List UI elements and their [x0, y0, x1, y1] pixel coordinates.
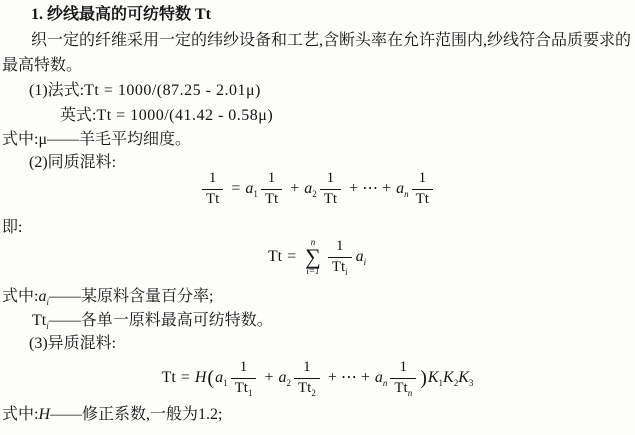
subscript-2: 2 [311, 388, 316, 398]
fraction-denominator: Tt [412, 189, 433, 208]
fraction-term-1: 1 Tt [261, 170, 282, 208]
fraction-1-over-Ttn: 1 Ttn [390, 359, 416, 397]
fraction-denominator: Tt2 [294, 378, 320, 397]
where-tti-description: ——各单一原料最高可纺特数。 [49, 312, 273, 329]
var-a: a [356, 248, 364, 265]
fraction-numerator: 1 [390, 359, 416, 377]
fraction-1-over-Tt1: 1 Tt1 [231, 359, 257, 397]
fraction-numerator: 1 [231, 359, 257, 377]
fraction-numerator: 1 [202, 170, 223, 188]
fraction-1-over-Tt2: 1 Tt2 [294, 359, 320, 397]
where-ai-description: ——某原料含量百分率; [49, 288, 213, 305]
fraction-denominator: Tt [261, 189, 282, 208]
var-K: K [428, 369, 439, 386]
var-a: a [396, 180, 404, 197]
fraction-numerator: 1 [412, 170, 433, 188]
sigma-symbol: ∑ [305, 247, 321, 268]
var-a: a [215, 369, 223, 386]
sigma-lower-limit: i=1 [306, 267, 319, 276]
fraction-term-n: 1 Tt [412, 170, 433, 208]
fraction-denominator: Ttn [390, 378, 416, 397]
homogeneous-blend-formula: 1 Tt = a1 1 Tt + a2 1 Tt + ⋯ + an 1 Tt [0, 171, 635, 207]
fraction-1-over-Tti: 1 Tti [328, 238, 352, 276]
var-a: a [375, 369, 383, 386]
open-paren: ( [207, 366, 214, 390]
var-Tt: Tt [32, 312, 46, 329]
K1-factor: K1 [428, 368, 443, 387]
where-prefix: 式中: [2, 406, 38, 423]
den-Tt: Tt [394, 380, 407, 396]
french-label: (1)法式: [29, 82, 84, 99]
coefficient-a1: a1 [245, 179, 258, 198]
paragraph-line-2: 最高特数。 [2, 56, 82, 75]
where-mu-note: 式中:μ——羊毛平均细度。 [2, 130, 191, 149]
fraction-denominator: Tti [328, 257, 352, 276]
plus-sign: + [264, 368, 273, 387]
subscript-2: 2 [286, 379, 291, 389]
subscript-1: 1 [223, 379, 228, 389]
subscript-1: 1 [253, 190, 258, 200]
subscript-2: 2 [312, 190, 317, 200]
var-K: K [458, 369, 469, 386]
fraction-numerator: 1 [328, 238, 352, 256]
equals-sign: = [287, 247, 296, 266]
section2-label: (2)同质混料: [29, 153, 116, 172]
paragraph-line-1: 织一定的纤维采用一定的纬纱设备和工艺,含断头率在允许范围内,纱线符合品质要求的 [31, 31, 631, 50]
where-ai-note: 式中:ai——某原料含量百分率; [2, 287, 213, 306]
den-Tt: Tt [332, 259, 345, 275]
equals-sign: = [231, 179, 240, 198]
subscript-n: n [404, 190, 409, 200]
fraction-numerator: 1 [320, 170, 341, 188]
where-tti-note: Tti——各单一原料最高可纺特数。 [32, 311, 273, 330]
coefficient-a2: a2 [278, 368, 291, 387]
fraction-numerator: 1 [294, 359, 320, 377]
den-Tt: Tt [298, 380, 311, 396]
sigma-operator: n ∑ i=1 [305, 238, 321, 277]
heterogeneous-blend-formula: Tt = H ( a1 1 Tt1 + a2 1 Tt2 + ⋯ + an 1 … [0, 359, 635, 397]
plus-sign: + [290, 179, 299, 198]
coefficient-an: an [375, 368, 388, 387]
fraction-denominator: Tt1 [231, 378, 257, 397]
den-Tt: Tt [235, 380, 248, 396]
section3-label: (3)异质混料: [29, 334, 116, 353]
document-page: 1. 纱线最高的可纺特数 Tt 织一定的纤维采用一定的纬纱设备和工艺,含断头率在… [0, 0, 635, 435]
namely-label: 即: [2, 218, 22, 237]
equals-sign: = [181, 368, 190, 387]
summation-formula: Tt = n ∑ i=1 1 Tti ai [0, 236, 635, 278]
where-H-note: 式中:H——修正系数,一般为1.2; [2, 405, 222, 424]
subscript-i: i [364, 258, 367, 268]
fraction-lhs: 1 Tt [202, 170, 223, 208]
english-formula-line: 英式:Tt = 1000/(41.42 - 0.58μ) [60, 106, 273, 125]
subscript-1: 1 [248, 388, 253, 398]
lhs-Tt: Tt [268, 247, 282, 266]
coefficient-a1: a1 [215, 368, 228, 387]
page-title: 1. 纱线最高的可纺特数 Tt [31, 5, 211, 24]
coefficient-a2: a2 [304, 179, 317, 198]
subscript-n: n [383, 379, 388, 389]
fraction-numerator: 1 [261, 170, 282, 188]
where-H-description: ——修正系数,一般为1.2; [50, 406, 222, 423]
close-paren: ) [420, 366, 427, 390]
french-equation: Tt = 1000/(87.25 - 2.01μ) [84, 82, 261, 99]
ellipsis-plus: + ⋯ + [349, 179, 391, 198]
var-H: H [38, 406, 50, 423]
coefficient-an: an [396, 179, 409, 198]
english-label: 英式: [60, 107, 96, 124]
K3-factor: K3 [458, 368, 473, 387]
var-K: K [443, 369, 454, 386]
french-formula-line: (1)法式:Tt = 1000/(87.25 - 2.01μ) [29, 81, 261, 100]
subscript-n: n [408, 388, 413, 398]
var-H: H [195, 368, 207, 387]
fraction-term-2: 1 Tt [320, 170, 341, 208]
where-prefix: 式中: [2, 288, 38, 305]
subscript-i: i [345, 267, 348, 277]
subscript-3: 3 [469, 379, 474, 389]
K2-factor: K2 [443, 368, 458, 387]
coefficient-ai: ai [356, 247, 367, 266]
ellipsis-plus: + ⋯ + [328, 368, 370, 387]
fraction-denominator: Tt [320, 189, 341, 208]
english-equation: Tt = 1000/(41.42 - 0.58μ) [96, 107, 273, 124]
fraction-denominator: Tt [202, 189, 223, 208]
lhs-Tt: Tt [162, 368, 176, 387]
